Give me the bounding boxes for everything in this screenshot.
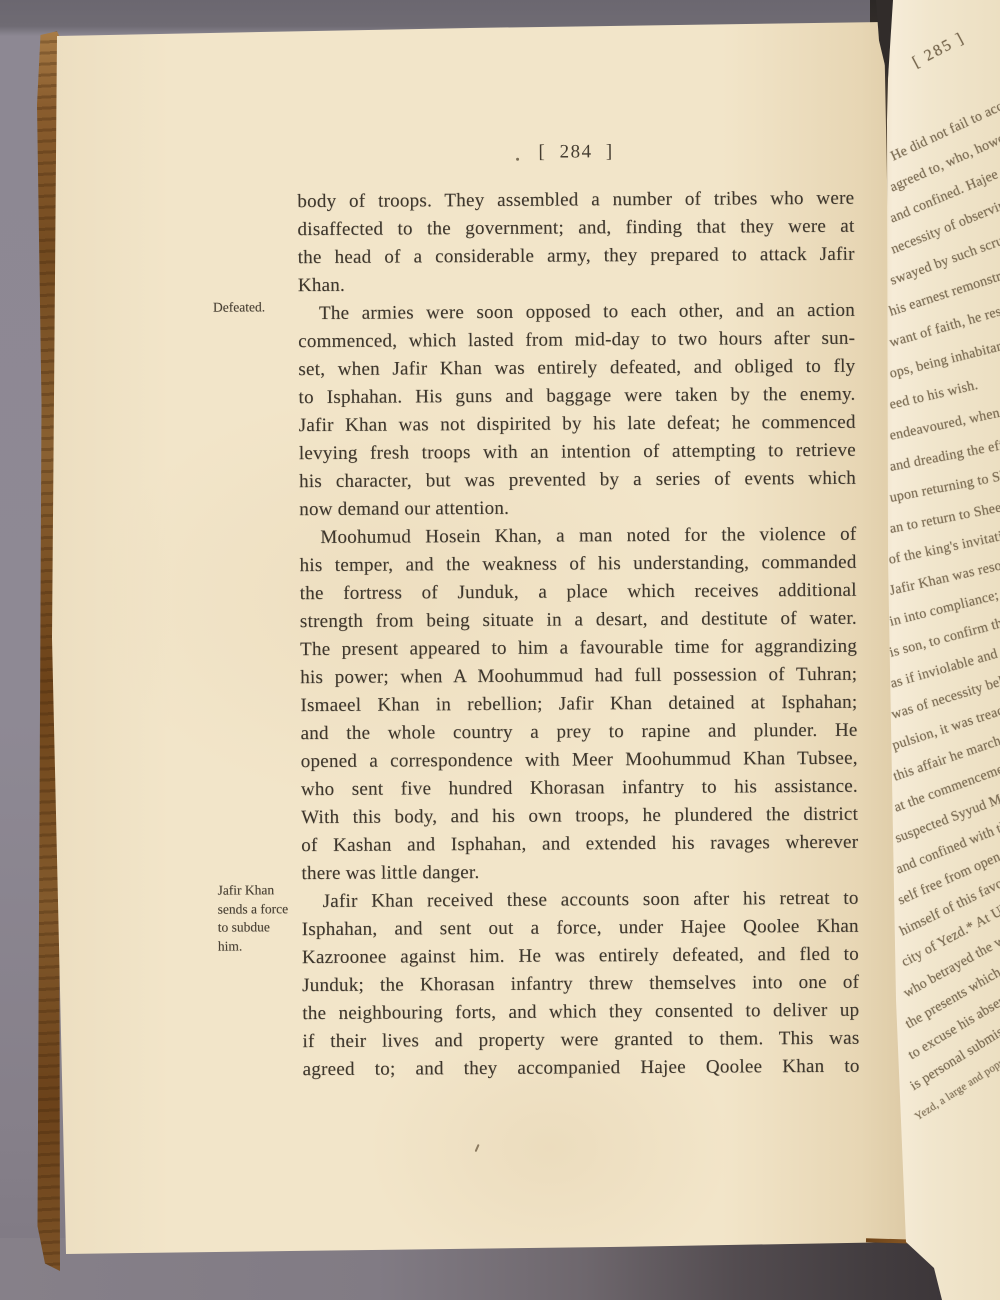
right-page-number: [ 285 ] [910,29,968,71]
book-photo: [ 284 ] Defeated. Jafir Khansends a forc… [0,0,1000,1300]
body-line: if their lives and property were granted… [302,1025,859,1056]
body-line: his power; when A Moohummud had full pos… [300,661,857,692]
body-line: the head of a considerable army, they pr… [298,241,855,272]
body-line: there was little danger. [301,857,858,888]
body-line: the neighbouring forts, and which they c… [302,997,859,1028]
body-line: Jafir Khan was not dispirited by his lat… [299,409,856,440]
body-line: his temper, and the weakness of his unde… [299,549,856,580]
body-line: With this body, and his own troops, he p… [301,801,858,832]
body-line: agreed to; and they accompanied Hajee Qo… [303,1053,860,1084]
body-line: Khan. [298,269,855,300]
body-line: strength from being situate in a desart,… [300,605,857,636]
body-line: who sent five hundred Khorasan infantry … [301,773,858,804]
page-number: [ 284 ] [298,140,854,165]
body-line: commenced, which lasted from mid-day to … [298,325,855,356]
body-line: and the whole country a prey to rapine a… [300,717,857,748]
body-line: Ismaeel Khan in rebellion; Jafir Khan de… [300,689,857,720]
margin-note-line: Defeated. [213,298,265,317]
body-line: Isphahan, and sent out a force, under Ha… [302,913,859,944]
body-line: to Isphahan. His guns and baggage were t… [298,381,855,412]
body-line: Junduk; the Khorasan infantry threw them… [302,969,859,1000]
margin-note-line: sends a force [218,900,310,919]
body-line: Moohumud Hosein Khan, a man noted for th… [299,521,856,552]
page-body: body of troops. They assembled a number … [297,185,859,1084]
margin-note-line: to subdue [218,918,310,937]
margin-note-defeated: Defeated. [213,298,265,317]
body-line: The armies were soon opposed to each oth… [298,297,855,328]
margin-note-jafir-khan: Jafir Khansends a forceto subduehim. [217,881,309,956]
body-line: disaffected to the government; and, find… [297,213,854,244]
body-line: opened a correspondence with Meer Moohum… [301,745,858,776]
body-line: levying fresh troops with an intention o… [299,437,856,468]
body-line: set, when Jafir Khan was entirely defeat… [298,353,855,384]
body-line: the fortress of Junduk, a place which re… [300,577,857,608]
left-page: [ 284 ] Defeated. Jafir Khansends a forc… [50,18,912,1262]
paper-speck [516,158,519,161]
body-line: The present appeared to him a favourable… [300,633,857,664]
margin-note-line: him. [218,937,310,956]
body-line: now demand our attention. [299,493,856,524]
body-line: of Kashan and Isphahan, and extended his… [301,829,858,860]
margin-note-line: Jafir Khan [217,881,309,900]
body-line: his character, but was prevented by a se… [299,465,856,496]
right-page-line: eed to his wish. [888,378,980,414]
body-line: body of troops. They assembled a number … [297,185,854,216]
body-line: Kazroonee against him. He was entirely d… [302,941,859,972]
paper-speck [475,1144,480,1152]
body-line: Jafir Khan received these accounts soon … [302,885,859,916]
